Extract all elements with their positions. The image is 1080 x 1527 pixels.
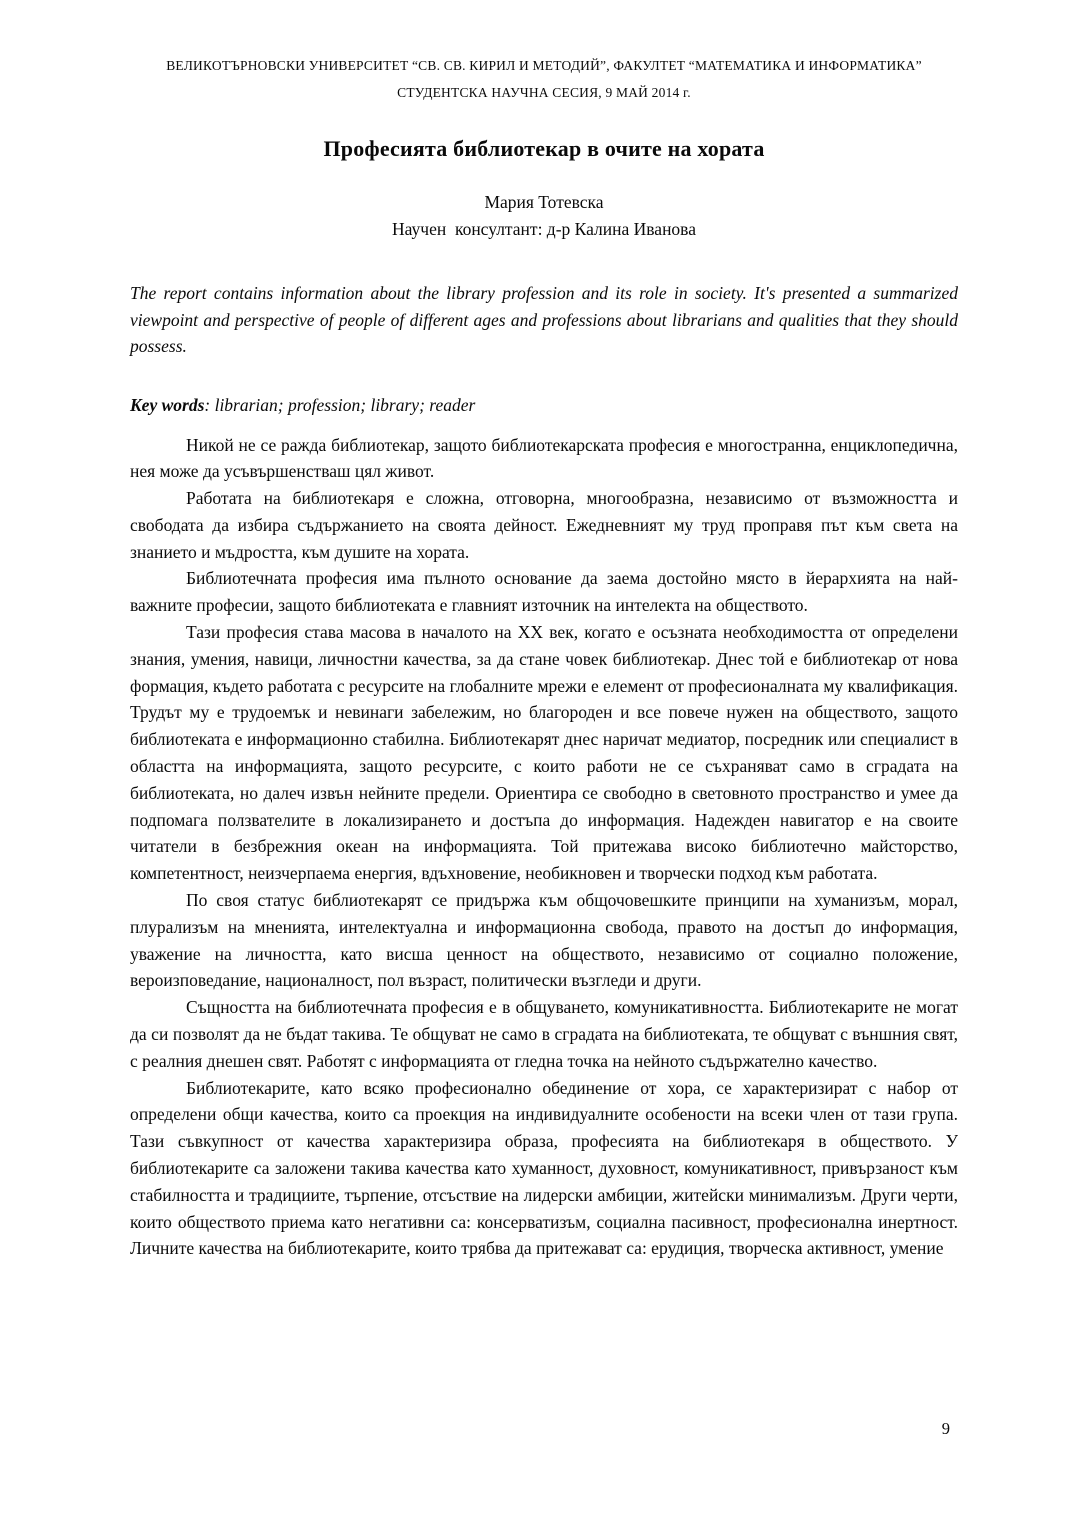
body-paragraph: Тази професия става масова в началото на… — [130, 619, 958, 887]
header-university-line: ВЕЛИКОТЪРНОВСКИ УНИВЕРСИТЕТ “СВ. СВ. КИР… — [130, 52, 958, 79]
consultant-line: Научен консултант: д-р Калина Иванова — [130, 216, 958, 243]
keywords-text: : librarian; profession; library; reader — [204, 395, 475, 415]
author-name: Мария Тотевска — [130, 189, 958, 216]
paper-title: Професията библиотекар в очите на хората — [130, 136, 958, 162]
keywords-line: Key words: librarian; profession; librar… — [130, 395, 958, 416]
keywords-label: Key words — [130, 395, 204, 415]
page-header: ВЕЛИКОТЪРНОВСКИ УНИВЕРСИТЕТ “СВ. СВ. КИР… — [130, 52, 958, 106]
body-paragraph: Същността на библиотечната професия е в … — [130, 994, 958, 1074]
document-page: ВЕЛИКОТЪРНОВСКИ УНИВЕРСИТЕТ “СВ. СВ. КИР… — [0, 0, 1080, 1527]
abstract-text: The report contains information about th… — [130, 280, 958, 360]
body-paragraph: Работата на библиотекаря е сложна, отгов… — [130, 485, 958, 565]
body-paragraph: Никой не се ражда библиотекар, защото би… — [130, 432, 958, 486]
authors-block: Мария Тотевска Научен консултант: д-р Ка… — [130, 189, 958, 243]
body-text: Никой не се ражда библиотекар, защото би… — [130, 432, 958, 1263]
header-session-line: СТУДЕНТСКА НАУЧНА СЕСИЯ, 9 МАЙ 2014 г. — [130, 79, 958, 106]
body-paragraph: Библиотекарите, като всяко професионално… — [130, 1075, 958, 1263]
body-paragraph: По своя статус библиотекарят се придържа… — [130, 887, 958, 994]
body-paragraph: Библиотечната професия има пълното основ… — [130, 565, 958, 619]
page-number: 9 — [942, 1419, 950, 1439]
